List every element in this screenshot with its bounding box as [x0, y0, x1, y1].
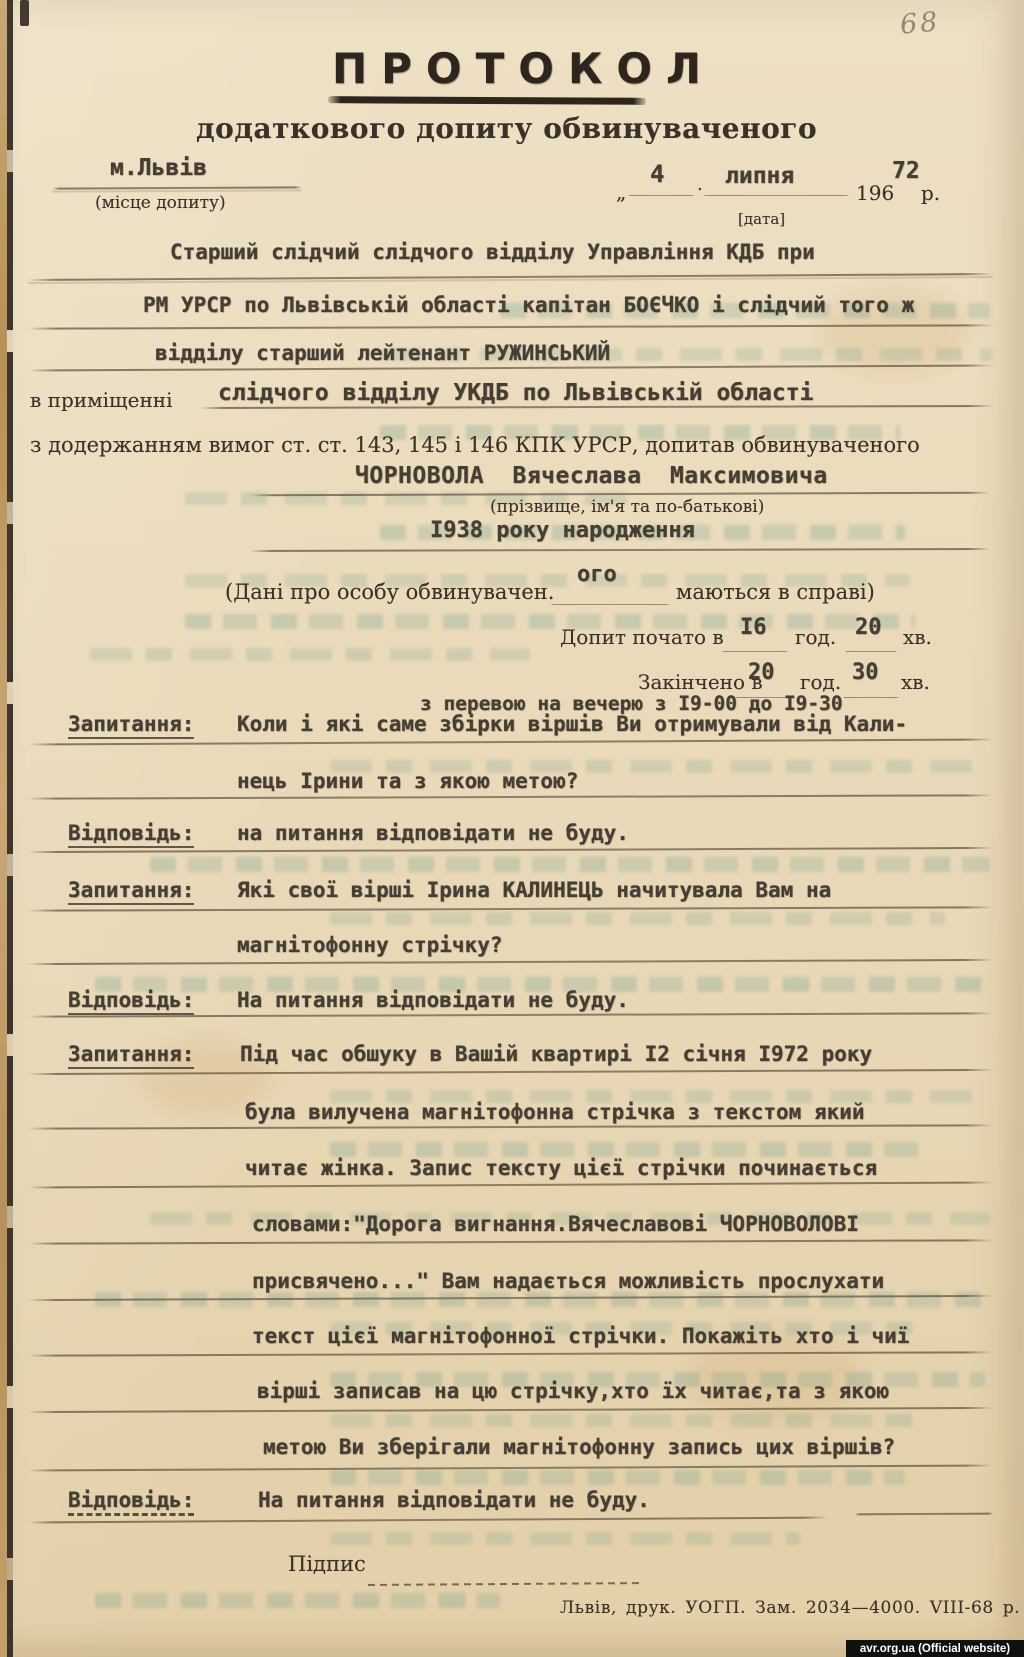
question-3-line-7: вірші записав на цю стрічку,хто їх читає… [257, 1379, 889, 1403]
interrogator-line-2: РМ УРСР по Львівській області капітан БО… [143, 293, 914, 317]
case-note-prefix: (Дані про особу обвинувачен. [225, 580, 554, 604]
ruled-line [28, 959, 993, 965]
hour-unit: год. [795, 625, 836, 649]
ruled-line [28, 738, 993, 745]
question-3-line-4: словами:"Дорога вигнання.Вячеславові ЧОР… [252, 1212, 859, 1236]
legal-basis-line: з додержанням вимог ст. ст. 143, 145 і 1… [30, 433, 920, 457]
question-3-line-3: читає жінка. Запис тексту цієї стрічки п… [245, 1156, 877, 1180]
answer-1-text: на питання відповідати не буду. [237, 821, 629, 845]
minute-unit: хв. [901, 670, 930, 694]
ink-bleed-through [330, 912, 945, 925]
answer-1-label: Відповідь: [68, 821, 194, 845]
ink-bleed-through [95, 1593, 500, 1608]
signature-label: Підпис [288, 1552, 366, 1576]
ruled-line [722, 651, 788, 652]
source-watermark: avr.org.ua (Official website) [846, 1640, 1024, 1657]
ruled-line [28, 1407, 993, 1413]
ruled-line [28, 1239, 993, 1244]
page-edge-strip [0, 0, 7, 1657]
question-1-line-2: нець Ірини та з якою метою? [237, 769, 578, 793]
accused-name: ЧОРНОВОЛА Вячеслава Максимовича [355, 463, 828, 489]
place-caption: (місце допиту) [95, 193, 226, 213]
interrogator-line-3: відділу старший лейтенант РУЖИНСЬКИЙ [155, 341, 610, 365]
answer-3-text: На питання відповідати не буду. [258, 1488, 650, 1512]
ink-bleed-through [150, 857, 990, 872]
question-2-line-1: Які свої вірші Ірина КАЛИНЕЦЬ начитувала… [237, 878, 831, 902]
ruled-line [855, 1513, 993, 1516]
question-2-label: Запитання: [68, 878, 194, 902]
binding-mark [20, 0, 29, 26]
document-subtitle: додаткового допиту обвинуваченого [196, 112, 817, 145]
title-underline [328, 96, 646, 105]
place-of-interrogation-value: м.Львів [110, 155, 207, 181]
question-1-label: Запитання: [68, 712, 194, 736]
ruled-line [628, 195, 694, 196]
ruled-line [28, 794, 993, 799]
interrogation-started-label: Допит почато в [560, 625, 724, 649]
question-1-line-1: Коли і які саме збірки віршів Ви отримув… [237, 712, 907, 736]
scanned-protocol-page: 68 ПРОТОКОЛ додаткового допиту обвинувач… [0, 0, 1024, 1657]
premises-label: в приміщенні [30, 388, 173, 412]
answer-3-label: Відповідь: [68, 1488, 194, 1512]
ruled-line [28, 273, 993, 281]
finished-minute-value: 30 [852, 660, 879, 685]
ruled-line [845, 651, 897, 652]
premises-value: слідчого відділу УКДБ по Львівській обла… [218, 380, 813, 406]
question-3-line-1: Під час обшуку в Вашій квартирі І2 січня… [240, 1042, 872, 1066]
interrogator-line-1: Старший слідчий слідчого відділу Управлі… [170, 240, 815, 264]
question-3-label: Запитання: [68, 1042, 194, 1066]
finished-hour-value: 20 [748, 660, 775, 685]
ink-bleed-through [330, 1470, 905, 1485]
ruled-line [28, 1517, 828, 1524]
minute-unit: хв. [903, 625, 932, 649]
page-number: 68 [899, 6, 942, 40]
binding-edge-line [7, 0, 13, 1657]
year-suffix: р. [921, 181, 940, 205]
date-month-value: липня [725, 163, 794, 189]
year-printed: 196 [856, 181, 894, 205]
date-day-value: 4 [650, 160, 664, 188]
question-3-line-2: була вилучена магнітофонна стрічка з тек… [245, 1100, 865, 1124]
ink-bleed-through [330, 1142, 930, 1157]
question-2-line-2: магнітофонну стрічку? [237, 933, 503, 957]
ruled-line [28, 1124, 993, 1129]
document-title: ПРОТОКОЛ [332, 44, 715, 93]
question-3-line-6: текст цієї магнітофонної стрічки. Покажі… [252, 1324, 909, 1348]
date-separator: . [697, 174, 703, 195]
interrogation-finished-label: Закінчено в [638, 670, 763, 694]
name-caption: (прізвище, ім'я та по-батькові) [490, 497, 764, 517]
ruled-line [52, 186, 302, 189]
answer-2-text: На питання відповідати не буду. [237, 988, 629, 1012]
started-hour-value: І6 [740, 615, 767, 640]
ink-bleed-through [330, 1532, 800, 1545]
date-caption: [дата] [738, 210, 785, 228]
answer-2-label: Відповідь: [68, 988, 194, 1012]
question-3-line-5: присвячено..." Вам надається можливість … [252, 1269, 884, 1293]
signature-line [368, 1582, 640, 1586]
question-3-line-8: метою Ви зберігали магнітофонну запись ц… [263, 1435, 895, 1459]
ruled-line [550, 604, 670, 605]
ruled-line [250, 548, 990, 552]
birth-year-line: І938 року народження [430, 518, 695, 543]
year-typed: 72 [892, 158, 920, 184]
case-note-insert: ого [577, 562, 617, 587]
ruled-line [702, 195, 850, 196]
date-open-quote: „ [616, 180, 626, 204]
ink-bleed-through [90, 648, 530, 661]
ruled-line [28, 364, 993, 371]
ruled-line [28, 906, 993, 911]
started-minute-value: 20 [855, 615, 882, 640]
ruled-line [28, 1181, 993, 1188]
ink-bleed-through [330, 1414, 928, 1427]
ruled-line [843, 697, 899, 698]
print-shop-imprint: Львів, друк. УОГП. Зам. 2034—4000. VIII-… [560, 1598, 1020, 1618]
hour-unit: год. [800, 670, 841, 694]
case-note-suffix: маються в справі) [676, 580, 875, 604]
